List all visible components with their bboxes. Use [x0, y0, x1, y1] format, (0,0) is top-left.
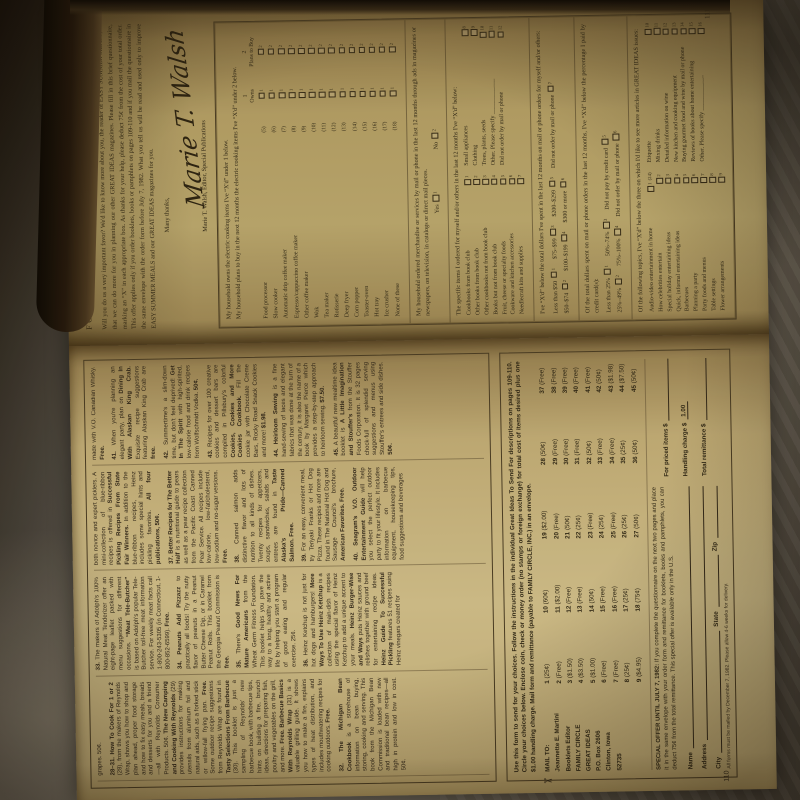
text-segment: For an easy, convenient meal, try Teriya…: [301, 468, 340, 562]
grid-column: 37 (Free)38 (Free)39 (Free)40 (Free)41 (…: [536, 363, 640, 394]
checkbox-number: 1: [464, 176, 471, 178]
item-price: ($4.95): [635, 657, 642, 677]
owns-checkbox: [309, 92, 316, 99]
grid-item-price: 2 (Free): [553, 658, 565, 683]
topic-checkbox: [662, 28, 669, 35]
item-price: (Free): [608, 438, 615, 455]
item-number: 39: [562, 386, 569, 393]
item-number: 29: [552, 458, 559, 465]
paragraph-segments: 44. Heirloom Sewing is a fine hand-sewin…: [273, 363, 327, 457]
option-checkbox: [603, 222, 610, 229]
text-segment: Tasty Selections From Barbecue: [225, 680, 233, 773]
editor-letter: Will you do us a very important favor? W…: [95, 24, 159, 330]
checkbox-number: 11: [653, 23, 660, 28]
grid-item-price: 4 ($3.50): [576, 658, 588, 683]
paragraph-segments: 40. Seagram's V.O. Outdoor Entertainment…: [352, 467, 406, 561]
checkbox-number: 1: [349, 88, 354, 90]
text-segment: is a storehouse of information on bean b…: [346, 677, 408, 771]
text-segment: is a nutritional guide to pears as well …: [175, 470, 221, 564]
topic-checkbox: [700, 177, 707, 184]
owns-checkbox: [329, 91, 336, 98]
text-segment: 36.: [304, 658, 310, 666]
grid-item-price: 1 (25¢): [542, 658, 554, 683]
checkbox-number: 6: [509, 175, 516, 177]
owns-checkbox: [299, 92, 306, 99]
topic-checkbox: [674, 177, 681, 184]
item-price: (Free): [577, 587, 584, 604]
topic-checkbox: [718, 176, 725, 183]
dollar-option: $100–$1994: [560, 231, 572, 271]
plans-checkbox: [348, 47, 355, 54]
checkbox-number: 1: [359, 87, 364, 89]
question-topics: Of the following topics, I've “X'd” belo…: [627, 15, 735, 320]
field-number: (10): [310, 117, 318, 132]
option-checkbox: [433, 195, 440, 202]
option-label: Did not pay by credit card: [604, 148, 611, 210]
option-label: $100–$199: [563, 244, 569, 271]
checkbox-number: 2: [268, 45, 273, 47]
booklet-paragraph: 28–31. How To Cook For 1 or 2 (28), from…: [109, 678, 335, 775]
item-checkbox: [509, 178, 516, 185]
order-form: ✂ Use this form to send for your choices…: [499, 349, 738, 782]
text-segment: 45.: [333, 447, 339, 455]
owns-column-header: 1Owns: [242, 74, 257, 118]
checkbox-number: 6: [613, 130, 618, 132]
option-checkbox: [604, 268, 611, 275]
text-segment: 42.: [164, 450, 170, 458]
item-number: 41: [585, 386, 592, 393]
question-appliances-owned: My household owns the electric cooking i…: [215, 20, 410, 326]
handling-charge-value: 1.00: [680, 402, 688, 420]
items-column-b: Small appliances8Clothing9Trees, plants,…: [461, 25, 525, 166]
checkbox-number: 2: [278, 45, 283, 47]
item-price: (Free): [610, 512, 617, 529]
item-price: (Free): [612, 660, 619, 677]
item-price: (25¢): [575, 515, 582, 530]
item-price: (Free): [565, 587, 572, 604]
checkbox-number: 1: [551, 268, 556, 270]
mailing-deadline-note: All forms must be mailed by December 7, …: [722, 486, 733, 769]
field-number: (11): [320, 117, 328, 132]
checkbox-number: 2: [369, 43, 374, 45]
checkbox-number: 2: [348, 44, 353, 46]
text-segment: grapes. 50¢.: [97, 742, 104, 775]
total-remittance-line: Total remittance $: [698, 358, 708, 476]
item-price: (Free): [539, 368, 546, 385]
field-number: (18): [391, 115, 399, 130]
item-number: 12: [566, 606, 573, 613]
booklet-paragraph: 34. Peanuts Add Pizzazz to practically a…: [176, 575, 232, 669]
paragraph-segments: 36. Heinz Ketchup is not just for hot do…: [302, 572, 402, 667]
checkbox-number: 6: [691, 174, 698, 176]
magazine-cover-edge: [36, 0, 103, 333]
paragraph-segments: 42. Summertime's a slim-down time, but d…: [162, 365, 201, 459]
option-label: $75–$99: [552, 238, 558, 259]
owns-checkbox: [289, 92, 296, 99]
city-label: City: [715, 757, 722, 769]
item-price: (Free): [551, 439, 558, 456]
grid-column: 19 ($2.00)20 (Free)21 (50¢)22 (25¢)23 (F…: [539, 509, 643, 540]
paragraph-segments: 39. For an easy, convenient meal, try Te…: [301, 468, 347, 562]
topic-checkbox: [692, 177, 699, 184]
grid-item-price: 30 (Free): [561, 439, 573, 465]
grid-column: 1 (25¢)2 (Free)3 ($1.50)4 ($3.50)5 ($1.0…: [542, 657, 646, 684]
option-checkbox: [614, 229, 621, 236]
field-number: (5): [260, 118, 268, 133]
checkbox-number: 2: [288, 45, 293, 47]
item-price: (25¢): [544, 664, 551, 679]
item-number: 21: [564, 532, 571, 539]
text-segment: 50¢.: [193, 378, 199, 390]
page-111-questionnaire: FOR THE PERSON WHO READS THIS PUBLICATIO…: [63, 0, 769, 346]
checkbox-number: 2: [656, 174, 663, 176]
plans-column-header: 2Plans to Buy: [241, 30, 256, 74]
text-segment: 35.: [237, 660, 243, 668]
option-label: 25%–49%: [617, 288, 623, 313]
checkbox-number: 2: [258, 45, 263, 47]
checkbox-number: 4: [674, 174, 681, 176]
item-price: (Free): [573, 367, 580, 384]
option-label: Did not order by mail or phone: [550, 95, 557, 168]
city-blank-line: [712, 631, 722, 753]
item-number: 8: [624, 679, 631, 683]
item-number: 4: [578, 680, 585, 684]
checkbox-number: 10: [479, 26, 486, 31]
plans-checkbox: [328, 47, 335, 54]
grid-item-price: 8 (25¢): [622, 657, 634, 682]
yes-no-option: Yes1: [433, 191, 441, 213]
name-blank-line: [682, 486, 695, 748]
owns-checkbox: [319, 91, 326, 98]
grid-item-price: 5 ($1.00): [587, 658, 599, 683]
column-number: 1: [242, 94, 249, 97]
booklet-paragraph: 35. There's Good News For Mature America…: [236, 574, 299, 668]
text-segment: 41.: [112, 451, 118, 459]
owns-checkbox: [369, 91, 376, 98]
text-segment: is a fine hand-sewing of laces and elega…: [273, 363, 327, 457]
checkbox-number: 3: [482, 175, 489, 177]
question-credit-card: Of the total dollars spent on mail or ph…: [573, 16, 632, 320]
grid-item-price: 43 ($1.98): [605, 364, 617, 393]
paragraph-segments: 45. A beautiful new mealtime idea bookle…: [332, 362, 394, 456]
owns-checkbox: [268, 92, 275, 99]
text-segment: made with V.O. Canadian Whisky.: [90, 367, 98, 460]
option-label: No: [433, 142, 440, 150]
text-segment: 38.: [235, 554, 241, 562]
checkbox-number: 3: [603, 219, 608, 221]
topic-checkbox: [656, 178, 663, 185]
item-label: Needlecraft kits and supplies: [517, 188, 528, 315]
topic-checkbox: [671, 28, 678, 35]
option-label: $200–$299: [551, 190, 557, 217]
text-segment: $1.98.: [261, 412, 267, 429]
checkbox-number: 2: [298, 45, 303, 47]
item-label: Did not order by mail or phone: [496, 41, 507, 165]
checkbox-number: 1: [329, 88, 334, 90]
option-label: $50–$74: [564, 293, 570, 314]
item-number: 1: [544, 680, 551, 684]
field-number: (12): [330, 116, 338, 131]
item-price: (50¢): [540, 442, 547, 457]
checkbox-number: 7: [700, 173, 707, 175]
grid-item-price: 14 (50¢): [586, 584, 598, 613]
item-checkbox: [482, 179, 489, 186]
grid-column: 28 (50¢)29 (Free)30 (Free)31 (Free)32 (5…: [538, 437, 642, 465]
paragraph-list: grapes. 50¢. 28–31. How To Cook For 1 or…: [96, 677, 409, 776]
checkbox-number: 9: [470, 26, 477, 28]
item-number: 6: [601, 679, 608, 683]
state-blank-line: [711, 555, 720, 607]
item-price: (50¢): [633, 514, 640, 529]
priced-items-line: For priced items $: [660, 359, 670, 477]
topic-row: Other. Please specify ____________16: [697, 22, 708, 162]
yes-no-option: No2: [432, 129, 440, 150]
order-form-totals: For priced items $ Handling charge $1.00…: [649, 358, 727, 477]
plans-checkbox: [308, 48, 315, 55]
option-label: Yes: [434, 204, 441, 213]
item-price: (50¢): [596, 369, 603, 384]
dollar-option: $75–$993: [549, 225, 561, 259]
address-label: Address: [701, 744, 708, 769]
item-number-grid: 1 (25¢)2 (Free)3 ($1.50)4 ($3.50)5 ($1.0…: [536, 359, 645, 684]
item-checkbox: [464, 179, 471, 186]
checkbox-number: 2: [432, 129, 437, 131]
field-number: (17): [381, 115, 389, 130]
special-offer: SPECIAL OFFER UNTIL JULY 7, 1982: If you…: [652, 487, 681, 770]
paragraph-segments: 41. When you're planning an elegant part…: [111, 366, 157, 460]
option-label: 50%–74%: [605, 232, 611, 257]
scissors-icon: ✂: [543, 775, 552, 788]
checkbox-number: 4: [491, 175, 498, 177]
owns-checkbox: [349, 91, 356, 98]
photo-scene: grapes. 50¢. 28–31. How To Cook For 1 or…: [0, 0, 800, 800]
item-number: 23: [587, 531, 594, 538]
credit-option: Did not order by mail or phone6: [612, 130, 625, 216]
grid-item-price: 11 ($2.00): [552, 584, 564, 613]
item-number: 33: [597, 457, 604, 464]
item-number: 14: [589, 605, 596, 612]
item-number: 36: [632, 456, 639, 463]
text-segment: Free.: [99, 445, 105, 459]
text-segment: $7.50.: [320, 386, 326, 403]
checkbox-number: 1: [604, 265, 609, 267]
text-segment: free.: [151, 446, 157, 459]
grid-item-price: 19 ($2.00): [539, 510, 551, 539]
paragraph-list: both novice and expert picklers. A mini-…: [92, 467, 407, 566]
page-110-booklet-listings: grapes. 50¢. 28–31. How To Cook For 1 or…: [69, 334, 777, 800]
option-checkbox: [615, 278, 622, 285]
dollar-option: $200–$2995: [548, 177, 560, 217]
plans-checkbox-group: 2: [388, 27, 399, 71]
plans-checkbox: [338, 47, 345, 54]
item-price: ($1.98): [607, 364, 614, 384]
dollar-option-rows: Less than $501$75–$993$200–$2995Did not …: [545, 24, 572, 313]
dollar-option: Less than $501: [550, 268, 562, 314]
booklet-paragraph: made with V.O. Canadian Whisky. Free.: [90, 366, 107, 460]
plans-checkbox: [258, 49, 265, 56]
text-segment: Free.: [201, 681, 207, 695]
field-number: (24): [647, 172, 654, 180]
text-segment: Some outdoor recipe suggestions from Rey…: [209, 680, 224, 773]
state-label: State: [713, 611, 720, 627]
question-line: My household ordered merchandise or serv…: [411, 27, 433, 316]
item-number: 37: [539, 387, 546, 394]
item-price: (25¢): [620, 440, 627, 455]
name-field: Name: [682, 486, 695, 769]
checkbox-number: 2: [308, 44, 313, 46]
grid-item-price: 20 (Free): [550, 510, 562, 539]
item-number: 27: [633, 531, 640, 538]
text-segment: 39.: [302, 553, 308, 561]
checkbox-number: 3: [665, 174, 672, 176]
credit-option: Less than 25%1: [603, 265, 615, 313]
checkbox-number: 6: [560, 178, 565, 180]
item-price: (Free): [561, 367, 568, 384]
item-price: (60¢): [542, 590, 549, 605]
column-label: Owns: [249, 89, 256, 103]
checkbox-number: 11: [488, 26, 495, 31]
topic-checkbox: [647, 186, 654, 193]
checkbox-number: 1: [309, 88, 314, 90]
text-segment: 34. Peanuts Add Pizzazz: [177, 587, 184, 669]
text-segment: “Meat Tele-Butcher”: [125, 577, 132, 638]
checkbox-number: 1: [369, 87, 374, 89]
grid-column: 10 (60¢)11 ($2.00)12 (Free)13 (Free)14 (…: [540, 583, 644, 613]
checkbox-number: 8: [709, 173, 716, 175]
mail-to-line: 52735: [614, 690, 626, 770]
checkbox-number: 2: [389, 43, 394, 45]
field-number: (15): [361, 116, 369, 131]
order-form-main-row: MAIL TO:Jeannette E. MartiniBooklets Edi…: [536, 359, 646, 772]
checkbox-number: 2: [359, 43, 364, 45]
checkbox-number: 1: [380, 87, 385, 89]
question-items-ordered: The specific items I ordered for myself …: [444, 18, 534, 322]
item-price: (25¢): [598, 515, 605, 530]
grid-item-price: 44 ($7.50): [617, 363, 629, 392]
item-number: 45: [630, 385, 637, 392]
item-checkbox: [473, 179, 480, 186]
item-checkbox: [480, 31, 487, 38]
item-checkbox: [471, 29, 478, 36]
total-remittance-blank: [698, 358, 707, 421]
grid-item-price: 13 (Free): [575, 584, 587, 613]
checkbox-number: 7: [517, 175, 524, 177]
item-price: (50¢): [586, 441, 593, 456]
grid-item-price: 18 (75¢): [632, 583, 644, 612]
grid-item-price: 23 (Free): [585, 510, 597, 539]
grid-item-price: 31 (Free): [572, 438, 584, 464]
owns-checkbox: [359, 91, 366, 98]
text-segment: 33.: [96, 662, 102, 670]
text-segment: Exquisite recipe suggestions featuring A…: [134, 366, 149, 459]
grid-item-price: 35 (25¢): [618, 438, 630, 464]
booklet-paragraph: 41. When you're planning an elegant part…: [111, 366, 159, 460]
booklet-paragraph: 33. The makers of Adolph's 100% Natural …: [94, 576, 173, 671]
grid-item-price: 39 (Free): [559, 364, 571, 393]
item-price: ($2.00): [554, 584, 561, 604]
text-segment: Free.: [164, 612, 170, 626]
item-number: 43: [608, 385, 615, 392]
text-segment: Free.: [222, 549, 228, 563]
item-number: 5: [590, 679, 597, 683]
grid-item-price: 22 (25¢): [573, 510, 585, 539]
paragraph-list: 33. The makers of Adolph's 100% Natural …: [94, 572, 404, 671]
grid-item-price: 12 (Free): [563, 584, 575, 613]
paragraph-segments: 34. Peanuts Add Pizzazz to practically a…: [176, 575, 230, 669]
grid-item-price: 45 (50¢): [628, 363, 640, 392]
booklet-paragraph: 40. Seagram's V.O. Outdoor Entertainment…: [352, 467, 408, 561]
checkbox-number: 12: [497, 25, 504, 30]
field-number: (7): [280, 117, 288, 132]
option-label: $300 or more: [562, 191, 569, 223]
option-checkbox: [602, 138, 609, 145]
question-mail-order: My household ordered merchandise or serv…: [404, 20, 449, 324]
plans-checkbox: [369, 47, 376, 54]
checkbox-number: 2: [338, 44, 343, 46]
paragraph-segments: made with V.O. Canadian Whisky. Free.: [90, 367, 105, 460]
credit-option-rows: Less than 25%150%–74%3Did not pay by cre…: [599, 23, 626, 312]
mail-to-address: MAIL TO:Jeannette E. MartiniBooklets Edi…: [542, 690, 646, 772]
checkbox-number: 1: [289, 89, 294, 91]
checkbox-number: 9: [718, 173, 725, 175]
item-price: (50¢): [588, 589, 595, 604]
checkbox-number: 2: [615, 275, 620, 277]
item-number: 2: [555, 680, 562, 684]
checkbox-number: 1: [299, 89, 304, 91]
text-segment: 44. Heirloom Sewing: [273, 393, 280, 457]
dollar-option: $50–$742: [561, 280, 573, 314]
item-number: 18: [634, 604, 641, 611]
checkbox-number: 2: [318, 44, 323, 46]
paragraph-segments: both novice and expert picklers. A mini-…: [92, 471, 161, 565]
booklet-paragraph: 36. Heinz Ketchup is not just for hot do…: [302, 572, 404, 667]
paragraph-segments: 35. There's Good News For Mature America…: [236, 574, 298, 668]
checkbox-number: 5: [683, 174, 690, 176]
option-checkbox: [547, 85, 554, 92]
grid-item-price: 38 (Free): [548, 365, 560, 394]
grid-item-price: 28 (50¢): [538, 439, 550, 465]
paragraph-segments: 43. Recipes for over 100 creative cookie…: [206, 364, 268, 458]
topics-column-b: Etiquette10Mixing drinks11Detailed infor…: [643, 22, 725, 163]
grid-item-price: 24 (25¢): [596, 509, 608, 538]
booklet-paragraph: grapes. 50¢.: [96, 682, 105, 775]
checkbox-number: 4: [561, 232, 566, 234]
column-label: Plans to Buy: [248, 37, 255, 67]
booklet-column: made with V.O. Canadian Whisky. Free. 41…: [90, 360, 484, 466]
item-price: (Free): [611, 586, 618, 603]
magazine-spread: grapes. 50¢. 28–31. How To Cook For 1 or…: [63, 0, 777, 800]
address-field: Address: [696, 486, 709, 769]
item-row: Needlecraft kits and supplies7: [516, 175, 527, 315]
checkbox-number: 4: [614, 226, 619, 228]
items-column-a: Cookbooks from book club1Other books fro…: [463, 175, 527, 316]
plans-checkbox: [379, 46, 386, 53]
priced-items-blank: [660, 359, 669, 421]
item-price: (Free): [555, 661, 562, 678]
checkbox-number: 13: [671, 22, 678, 27]
booklet-paragraph: 43. Recipes for over 100 creative cookie…: [206, 364, 269, 458]
item-number: 42: [596, 386, 603, 393]
grid-item-price: 6 (Free): [599, 657, 611, 682]
topic-checkbox: [654, 28, 661, 35]
item-price: (Free): [553, 513, 560, 530]
topics-columns: Audio-video entertainment in home1(24)Ho…: [643, 22, 728, 312]
checkbox-number: 1: [258, 89, 263, 91]
plans-checkbox: [278, 48, 285, 55]
option-label: 75%–100%: [617, 239, 623, 267]
checkbox-number: 10: [644, 23, 651, 28]
option-checkbox: [562, 283, 569, 290]
